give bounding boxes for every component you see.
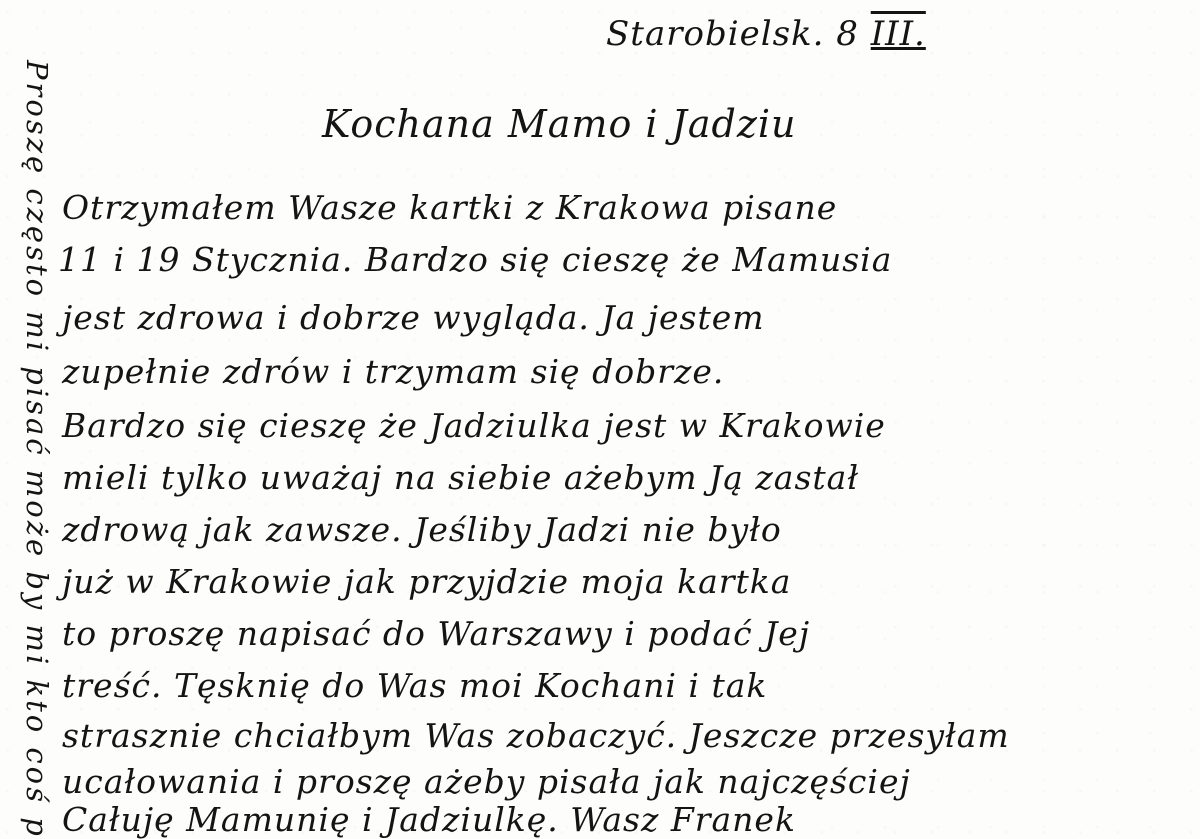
letter-line: treść. Tęsknię do Was moi Kochani i tak [62, 666, 767, 705]
place-name: Starobielsk. [606, 14, 824, 54]
month-roman: III. [871, 14, 926, 54]
day-number: 8 [836, 14, 859, 54]
letter-line: już w Krakowie jak przyjdzie moja kartka [62, 562, 791, 601]
margin-note-vertical: Proszę często mi pisać może by mi kto co… [14, 60, 54, 830]
letter-line: jest zdrowa i dobrze wygląda. Ja jestem [62, 298, 765, 337]
letter-line: Bardzo się cieszę że Jadziulka jest w Kr… [62, 406, 886, 445]
letter-line: to proszę napisać do Warszawy i podać Je… [62, 614, 810, 653]
letter-signature-line: Całuję Mamunię i Jadziulkę. Wasz Franek [62, 800, 796, 839]
letter-line: strasznie chciałbym Was zobaczyć. Jeszcz… [62, 716, 1010, 755]
letter-line: 11 i 19 Stycznia. Bardzo się cieszę że M… [58, 240, 892, 279]
letter-line: ucałowania i proszę ażeby pisała jak naj… [62, 762, 911, 801]
letter-line: mieli tylko uważaj na siebie ażebym Ją z… [62, 458, 859, 497]
letter-line: Otrzymałem Wasze kartki z Krakowa pisane [62, 188, 837, 227]
salutation: Kochana Mamo i Jadziu [322, 102, 797, 146]
letter-line: zdrową jak zawsze. Jeśliby Jadzi nie był… [62, 510, 782, 549]
letter-line: zupełnie zdrów i trzymam się dobrze. [62, 352, 724, 391]
place-date-heading: Starobielsk. 8 III. [606, 14, 926, 54]
letter-paper: Starobielsk. 8 III. Kochana Mamo i Jadzi… [0, 0, 1200, 839]
